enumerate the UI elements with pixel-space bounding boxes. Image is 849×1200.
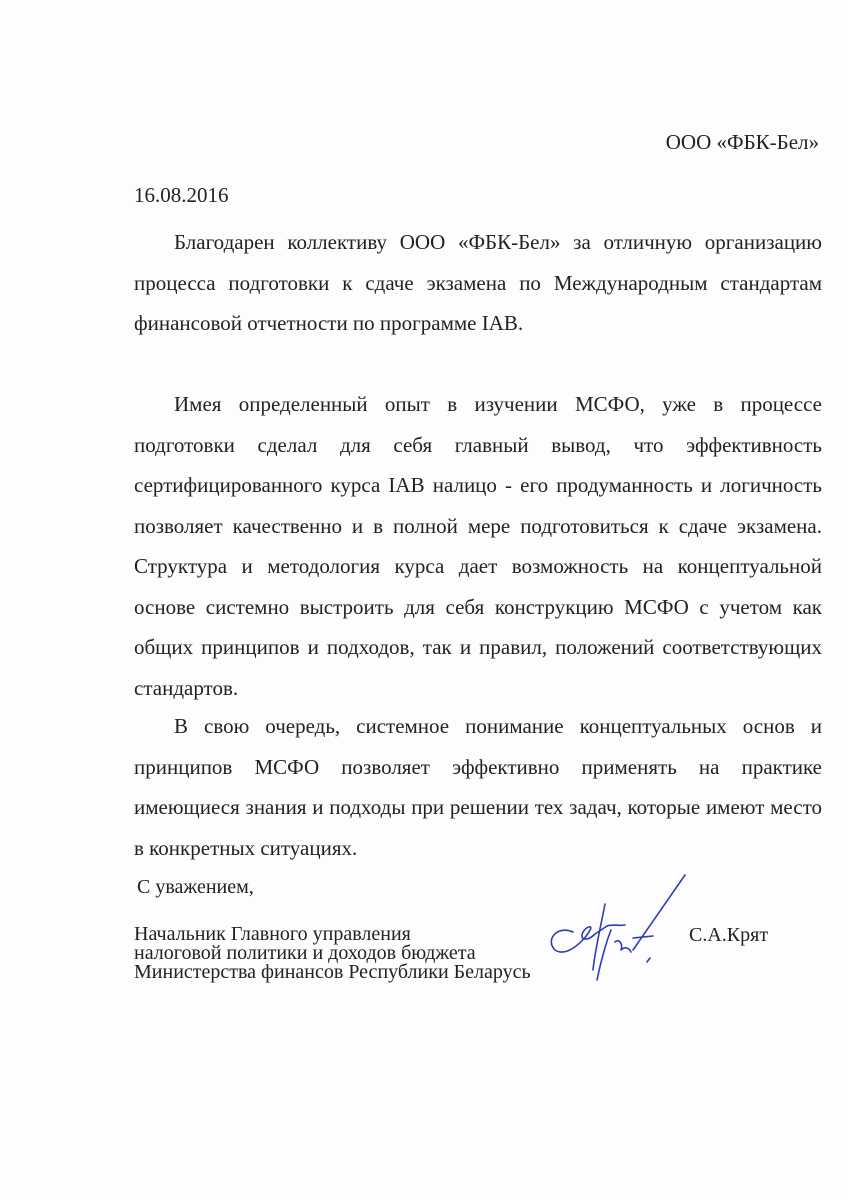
paragraph-1: Благодарен коллективу ООО «ФБК-Бел» за о… xyxy=(134,222,822,344)
signatory-name: С.А.Крят xyxy=(689,924,768,947)
paragraph-2: Имея определенный опыт в изучении МСФО, … xyxy=(134,384,822,708)
recipient: ООО «ФБК-Бел» xyxy=(666,130,819,155)
signatory-title-line-3: Министерства финансов Республики Беларус… xyxy=(134,963,531,982)
signature-icon xyxy=(535,870,695,990)
signatory-title: Начальник Главного управления налоговой … xyxy=(134,925,531,982)
paragraph-3: В свою очередь, системное понимание конц… xyxy=(134,706,822,868)
letter-date: 16.08.2016 xyxy=(134,183,229,208)
closing: С уважением, xyxy=(137,876,254,899)
